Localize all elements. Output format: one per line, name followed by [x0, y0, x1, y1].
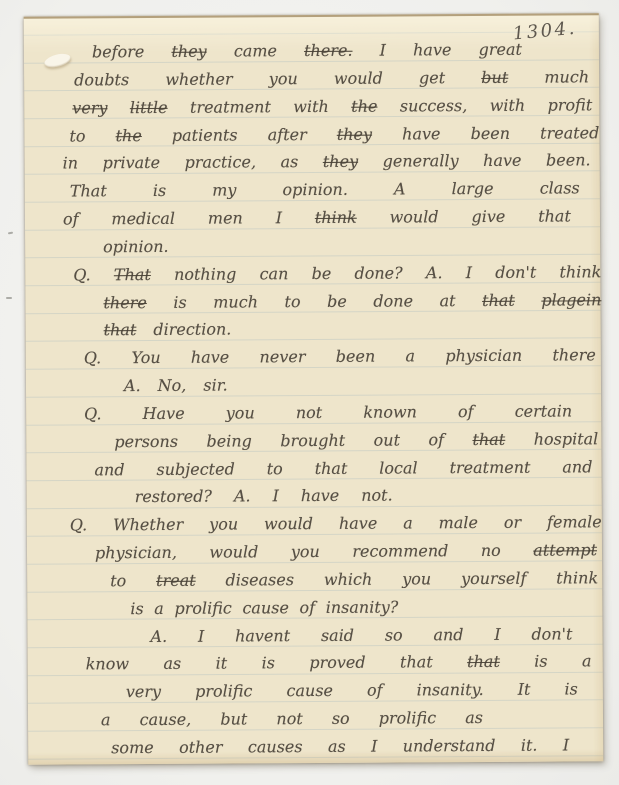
text-line: Q.Haveyounotknownofcertain: [84, 401, 572, 424]
word: done: [373, 291, 413, 311]
word: never: [259, 347, 305, 367]
word: medical: [111, 209, 175, 229]
word: would: [390, 207, 439, 227]
word: generally: [383, 151, 459, 171]
word: know: [86, 655, 129, 675]
text-line: andsubjectedtothatlocaltreatmentand: [94, 457, 592, 480]
word: insanity?: [326, 597, 399, 617]
word: nothing: [174, 264, 236, 284]
word: in: [63, 154, 79, 174]
word: hospital: [534, 429, 599, 449]
word: of: [428, 430, 444, 450]
word: physician: [445, 346, 522, 366]
word: and: [562, 457, 592, 477]
word: is: [130, 599, 143, 619]
word: of: [367, 681, 383, 701]
word: A.: [150, 627, 167, 647]
word: much: [213, 292, 258, 312]
word: came: [234, 41, 277, 61]
word: would: [264, 514, 313, 534]
text-line: doubtswhetheryouwouldgetbutmuch: [74, 67, 589, 90]
word: that: [400, 653, 433, 673]
word: and: [433, 625, 463, 645]
struck-word: there.: [304, 41, 353, 61]
word: not: [296, 403, 322, 423]
struck-word: plagein: [541, 290, 601, 310]
word: persons: [114, 432, 178, 452]
struck-word: they: [337, 124, 372, 144]
word: opinion.: [282, 180, 348, 200]
word: sir.: [203, 376, 227, 396]
word: to: [110, 571, 126, 591]
word: I: [273, 487, 279, 507]
word: not.: [361, 486, 393, 506]
word: class: [540, 179, 580, 199]
word: been: [336, 347, 376, 367]
word: been.: [546, 151, 591, 171]
word: cause: [242, 598, 289, 618]
word: have: [339, 514, 377, 534]
word: treated: [540, 123, 599, 143]
text-line: Q.Youhaveneverbeenaphysicianthere: [84, 346, 596, 369]
word: insanity.: [417, 680, 484, 700]
word: It: [518, 680, 531, 700]
word: restored?: [135, 487, 212, 507]
word: before: [92, 42, 145, 62]
word: as: [281, 152, 299, 172]
word: of: [299, 598, 315, 618]
text-line: physician,wouldyourecommendnoattempt: [95, 540, 597, 563]
word: cause: [286, 681, 333, 701]
text-line: knowasitisprovedthatthatisa: [86, 652, 592, 675]
word: Q.: [70, 516, 88, 536]
struck-word: they: [323, 152, 358, 172]
word: you: [291, 542, 320, 562]
struck-word: that: [482, 290, 515, 310]
struck-word: but: [481, 68, 508, 88]
word: there: [552, 346, 595, 366]
word: cause,: [140, 710, 192, 730]
word: think: [559, 262, 601, 282]
word: understand: [403, 736, 496, 757]
word: other: [179, 738, 223, 758]
struck-word: think: [315, 208, 357, 228]
text-line: totreatdiseaseswhichyouyourselfthink: [110, 568, 598, 591]
word: is: [153, 181, 166, 201]
word: some: [111, 738, 154, 758]
word: I: [371, 737, 377, 757]
word: recommend: [352, 541, 448, 562]
word: have: [413, 40, 451, 60]
word: I: [276, 208, 282, 228]
struck-word: treat: [156, 571, 196, 591]
word: as: [163, 654, 181, 674]
word: my: [212, 181, 236, 201]
word: been: [470, 123, 510, 143]
word: brought: [280, 431, 345, 451]
word: patients: [172, 125, 238, 145]
word: certain: [515, 401, 573, 421]
text-line: restored?A.Ihavenot.: [135, 486, 393, 508]
word: you: [269, 69, 298, 89]
word: great: [478, 40, 521, 60]
word: have: [191, 348, 229, 368]
word: can: [260, 264, 289, 284]
manuscript-page: 1304. beforetheycamethere.Ihavegreatdoub…: [24, 13, 604, 764]
struck-word: That: [114, 265, 151, 285]
scan-speck: [8, 232, 13, 235]
word: so: [385, 625, 403, 645]
word: much: [544, 67, 589, 87]
word: which: [324, 570, 373, 590]
struck-word: that: [104, 320, 137, 340]
word: large: [452, 179, 494, 199]
text-line: A.No,sir.: [124, 376, 228, 397]
scan-speck: [6, 297, 12, 299]
word: it.: [521, 736, 538, 756]
text-line: inprivatepractice,astheygenerallyhavebee…: [63, 151, 591, 174]
word: A.: [234, 487, 251, 507]
word: local: [379, 458, 417, 478]
word: Q.: [73, 265, 91, 285]
word: said: [321, 625, 354, 645]
text-line: thatdirection.: [104, 320, 232, 341]
word: get: [419, 68, 445, 88]
word: a: [101, 710, 111, 730]
word: that: [315, 458, 348, 478]
word: known: [363, 402, 417, 422]
word: Whether: [113, 515, 183, 535]
word: very: [126, 682, 161, 702]
word: be: [327, 291, 347, 311]
word: is: [173, 292, 186, 312]
word: proved: [309, 653, 365, 673]
word: to: [69, 126, 85, 146]
word: think: [556, 568, 598, 588]
word: have: [402, 124, 440, 144]
word: a: [403, 514, 413, 534]
word: That: [70, 181, 107, 201]
word: to: [284, 292, 300, 312]
word: causes: [248, 737, 303, 757]
word: but: [220, 710, 247, 730]
word: done?: [354, 263, 402, 283]
text-line: verylittletreatmentwiththesuccess,withpr…: [72, 95, 592, 118]
struck-word: very: [72, 98, 107, 118]
word: give: [471, 207, 505, 227]
word: have: [483, 151, 521, 171]
word: so: [332, 709, 350, 729]
struck-word: attempt: [533, 540, 597, 560]
word: is: [564, 680, 577, 700]
word: I: [466, 263, 472, 283]
word: Have: [143, 404, 185, 424]
text-line: Q.Thatnothingcanbedone?A.Idon'tthink: [73, 262, 601, 285]
word: You: [131, 348, 160, 368]
word: I: [380, 41, 386, 61]
word: opinion.: [103, 237, 169, 257]
word: with: [490, 95, 526, 115]
struck-word: the: [351, 96, 377, 116]
text-line: beforetheycamethere.Ihavegreat: [92, 40, 522, 63]
word: men: [208, 208, 243, 228]
text-line: Thatismyopinion.Alargeclass: [70, 179, 580, 202]
text-line: ofmedicalmenIthinkwouldgivethat: [63, 206, 571, 229]
struck-word: they: [171, 42, 206, 62]
word: female: [547, 513, 602, 533]
word: Q.: [84, 349, 102, 369]
word: physician,: [95, 543, 177, 564]
text-line: opinion.: [103, 237, 169, 257]
word: diseases: [225, 570, 294, 590]
word: it: [216, 654, 228, 674]
word: whether: [165, 69, 232, 89]
word: profit: [548, 95, 593, 115]
struck-word: the: [116, 126, 142, 146]
word: A.: [124, 376, 141, 396]
word: I: [494, 624, 500, 644]
word: to: [267, 459, 283, 479]
text-line: acause,butnotsoprolificas: [101, 708, 483, 730]
word: subjected: [156, 459, 234, 479]
word: I: [198, 626, 204, 646]
word: you: [402, 569, 431, 589]
word: being: [206, 431, 251, 451]
word: yourself: [461, 569, 526, 589]
word: don't: [531, 624, 572, 644]
word: private: [103, 153, 161, 173]
word: that: [538, 206, 571, 226]
word: I: [563, 735, 569, 755]
word: is: [262, 654, 275, 674]
word: have: [301, 486, 339, 506]
text-line: someothercausesasIunderstandit.I: [111, 735, 569, 758]
word: a: [154, 599, 164, 619]
word: prolific: [379, 708, 437, 728]
scan-background: 1304. beforetheycamethere.Ihavegreatdoub…: [0, 0, 619, 785]
word: not: [276, 709, 302, 729]
word: treatment: [449, 457, 530, 477]
word: and: [94, 460, 124, 480]
word: success,: [400, 96, 468, 116]
word: a: [405, 347, 415, 367]
word: at: [440, 291, 456, 311]
word: prolific: [195, 682, 253, 702]
word: after: [268, 125, 307, 145]
word: be: [312, 264, 332, 284]
text-line: thereismuchtobedoneatthatplagein: [103, 290, 601, 313]
word: is: [534, 652, 547, 672]
word: as: [328, 737, 346, 757]
word: prolific: [174, 598, 232, 618]
word: don't: [495, 262, 536, 282]
word: of: [63, 209, 79, 229]
word: would: [334, 68, 383, 88]
text-line: personsbeingbroughtoutofthathospital: [114, 429, 598, 452]
word: as: [465, 708, 483, 728]
struck-word: there: [103, 293, 146, 313]
handwriting: beforetheycamethere.Ihavegreatdoubtswhet…: [24, 15, 604, 764]
word: with: [293, 97, 329, 117]
text-line: A.IhaventsaidsoandIdon't: [150, 624, 572, 647]
word: no: [481, 541, 501, 561]
word: direction.: [153, 320, 231, 340]
text-line: veryprolificcauseofinsanity.Itis: [126, 680, 578, 703]
word: you: [209, 515, 238, 535]
word: you: [226, 403, 255, 423]
struck-word: that: [467, 652, 500, 672]
word: of: [458, 402, 474, 422]
word: havent: [235, 626, 290, 646]
word: doubts: [74, 70, 129, 90]
text-line: Q.Whetheryouwouldhaveamaleorfemale: [70, 513, 602, 536]
word: Q.: [84, 404, 102, 424]
word: or: [504, 513, 521, 533]
word: A: [394, 180, 406, 200]
word: would: [209, 542, 258, 562]
word: practice,: [185, 153, 257, 173]
word: a: [582, 652, 592, 672]
text-line: tothepatientsaftertheyhavebeentreated: [69, 123, 599, 146]
word: treatment: [190, 97, 271, 117]
text-line: isaprolificcauseofinsanity?: [130, 597, 398, 619]
struck-word: little: [130, 98, 168, 118]
struck-word: that: [472, 430, 505, 450]
word: out: [374, 430, 400, 450]
word: male: [439, 513, 478, 533]
word: No,: [158, 376, 187, 396]
word: A.: [426, 263, 443, 283]
